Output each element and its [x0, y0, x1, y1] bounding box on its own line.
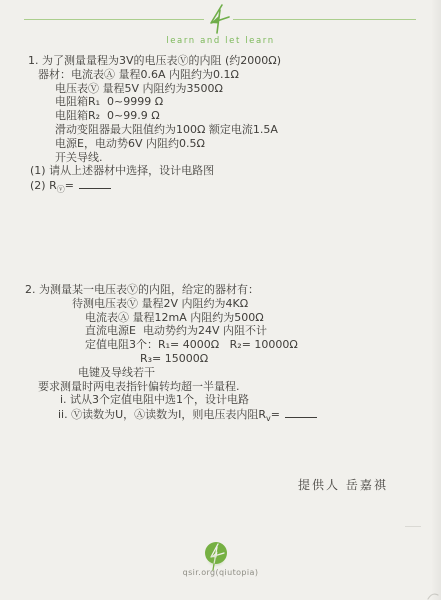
answer-blank-q1 [79, 178, 111, 189]
q2-subquestion-i: i. 试从3个定值电阻中选1个，设计电路 [60, 393, 317, 407]
scan-artifact-dash [405, 526, 421, 527]
header-rule-right [233, 19, 416, 20]
q2-subquestion-ii: ii. Ⓥ读数为U，Ⓐ读数为I，则电压表内阻Rv= [58, 407, 317, 426]
provider-signature: 提供人 岳嘉祺 [298, 476, 388, 493]
q1-subquestion-1: (1) 请从上述器材中选择，设计电路图 [30, 164, 281, 178]
q2-material-resistor-3: R₃= 15000Ω [140, 352, 317, 366]
scan-edge-shadow [431, 0, 441, 600]
q1-material-voltmeter: 电压表Ⓥ 量程5V 内阻约为3500Ω [55, 82, 281, 96]
q1-material-resistance-box-2: 电阻箱R₂ 0~99.9 Ω [55, 109, 281, 123]
q1-equals: = [65, 179, 74, 192]
q1-material-power-source: 电源E，电动势6V 内阻约0.5Ω [55, 137, 281, 151]
header-rule-left [24, 19, 204, 20]
answer-blank-q2 [285, 407, 317, 418]
q2-rv-label: ii. Ⓥ读数为U，Ⓐ读数为I，则电压表内阻R [58, 408, 266, 421]
q1-material-resistance-box-1: 电阻箱R₁ 0~9999 Ω [55, 95, 281, 109]
question-1: 1. 为了测量量程为3V的电压表Ⓥ的内阻 (约2000Ω) 器材：电流表Ⓐ 量程… [28, 54, 281, 197]
q2-material-ammeter: 电流表Ⓐ 量程12mA 内阻约为500Ω [85, 311, 317, 325]
q2-material-voltmeter: 待测电压表Ⓥ 量程2V 内阻约为4KΩ [72, 297, 317, 311]
question-2: 2. 为测量某一电压表Ⓥ的内阻，给定的器材有： 待测电压表Ⓥ 量程2V 内阻约为… [25, 283, 317, 426]
qsir-logo-reflection [203, 552, 229, 566]
q2-material-key-wires: 电键及导线若干 [78, 366, 317, 380]
site-url: qsir.org(qiutopia) [0, 568, 441, 577]
q1-subquestion-2: (2) Rⓥ= [30, 178, 281, 197]
q2-requirement: 要求测量时两电表指针偏转均超一半量程. [38, 380, 317, 394]
q1-material-switch-wires: 开关导线. [55, 151, 281, 165]
q2-equals: = [271, 408, 280, 421]
q1-material-rheostat: 滑动变阻器最大阻值约为100Ω 额定电流1.5A [55, 123, 281, 137]
scanned-worksheet: learn and let learn 1. 为了测量量程为3V的电压表Ⓥ的内阻… [0, 0, 441, 600]
sprout-logo-icon [202, 2, 236, 40]
q1-rv-subscript: ⓥ [57, 185, 65, 194]
brand-tagline: learn and let learn [0, 36, 441, 46]
q1-title: 1. 为了测量量程为3V的电压表Ⓥ的内阻 (约2000Ω) [28, 54, 281, 68]
q1-materials-intro: 器材：电流表Ⓐ 量程0.6A 内阻约为0.1Ω [38, 68, 281, 82]
q1-rv-label: (2) R [30, 179, 57, 192]
q2-title: 2. 为测量某一电压表Ⓥ的内阻，给定的器材有： [25, 283, 317, 297]
q2-material-dc-source: 直流电源E 电动势约为24V 内阻不计 [85, 324, 317, 338]
q2-material-fixed-resistors: 定值电阻3个：R₁= 4000Ω R₂= 10000Ω [85, 338, 317, 352]
